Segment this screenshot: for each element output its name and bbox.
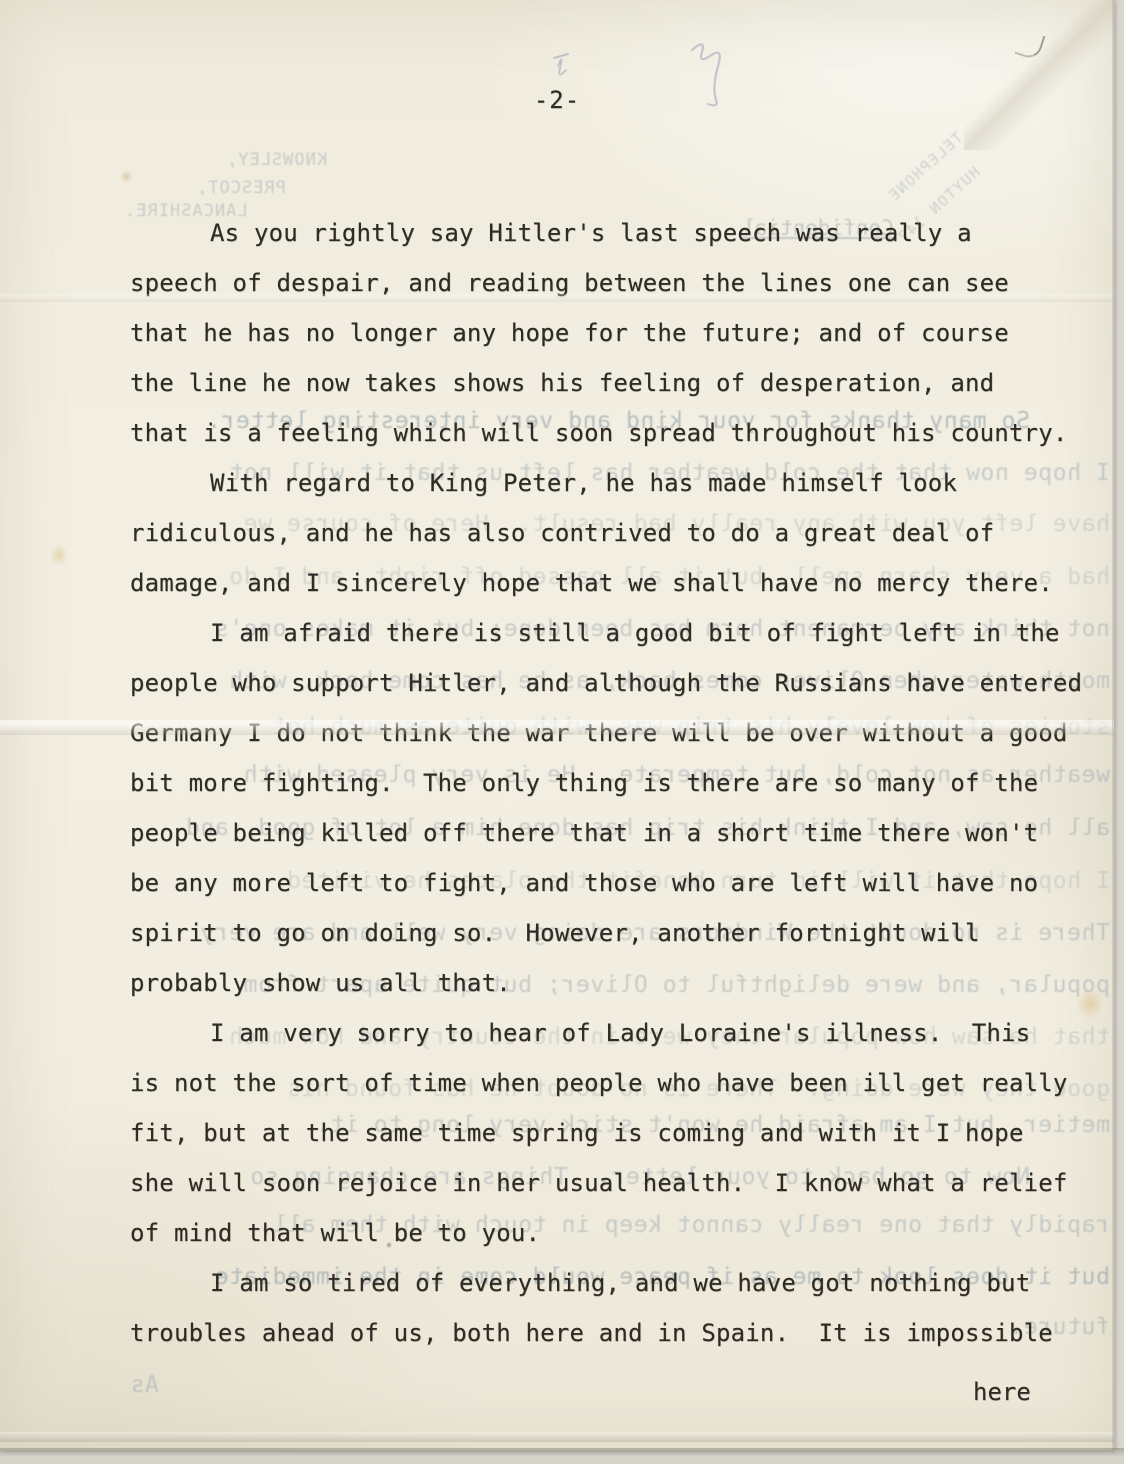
paper-stain [50,544,68,566]
scan-edge [0,1448,1124,1464]
bleed-letterhead-line: KNOWSLEY, [226,150,327,170]
letter-line: I am very sorry to hear of Lady Loraine'… [130,1019,1110,1069]
letter-line: of mind that will be to you. [130,1219,1110,1269]
bleed-letterhead-line: PRESCOT, [196,178,286,198]
letter-line: fit, but at the same time spring is comi… [130,1119,1110,1169]
paper-stain [120,170,133,183]
ink-speck [386,1242,392,1248]
page-number: -2- [0,86,1114,114]
fold-crease [0,720,1114,735]
letter-line: is not the sort of time when people who … [130,1069,1110,1119]
corner-fold [964,0,1114,150]
letter-line: be any more left to fight, and those who… [130,869,1110,919]
letter-line: I am afraid there is still a good bit of… [130,619,1110,669]
letter-paper: KNOWSLEY, PRESCOT, LANCASHIRE. TELEPHONE… [0,0,1114,1450]
letter-line: that is a feeling which will soon spread… [130,419,1110,469]
letter-line: spirit to go on doing so. However, anoth… [130,919,1110,969]
letter-line: I am so tired of everything, and we have… [130,1269,1110,1319]
letter-line: that he has no longer any hope for the f… [130,319,1110,369]
letter-line: damage, and I sincerely hope that we sha… [130,569,1110,619]
letter-line: the line he now takes shows his feeling … [130,369,1110,419]
letter-line: she will soon rejoice in her usual healt… [130,1169,1110,1219]
letter-line: troubles ahead of us, both here and in S… [130,1319,1110,1369]
paper-stain [1076,988,1104,1020]
letter-line: As you rightly say Hitler's last speech … [130,219,1110,269]
letter-line: people who support Hitler, and although … [130,669,1110,719]
bleed-letterhead-line: LANCASHIRE. [124,201,248,221]
letter-line: bit more fighting. The only thing is the… [130,769,1110,819]
letter-line: people being killed off there that in a … [130,819,1110,869]
catchword: here [973,1378,1031,1406]
scanned-letter-page: KNOWSLEY, PRESCOT, LANCASHIRE. TELEPHONE… [0,0,1124,1464]
bleed-catchword: As [130,1372,1110,1398]
fold-crease [0,1432,1114,1442]
letter-line: probably show us all that. [130,969,1110,1019]
letter-line: ridiculous, and he has also contrived to… [130,519,1110,569]
letter-body: As you rightly say Hitler's last speech … [130,219,1110,1369]
scan-edge [1112,0,1124,1464]
fold-crease [0,294,1114,302]
letter-line: With regard to King Peter, he has made h… [130,469,1110,519]
